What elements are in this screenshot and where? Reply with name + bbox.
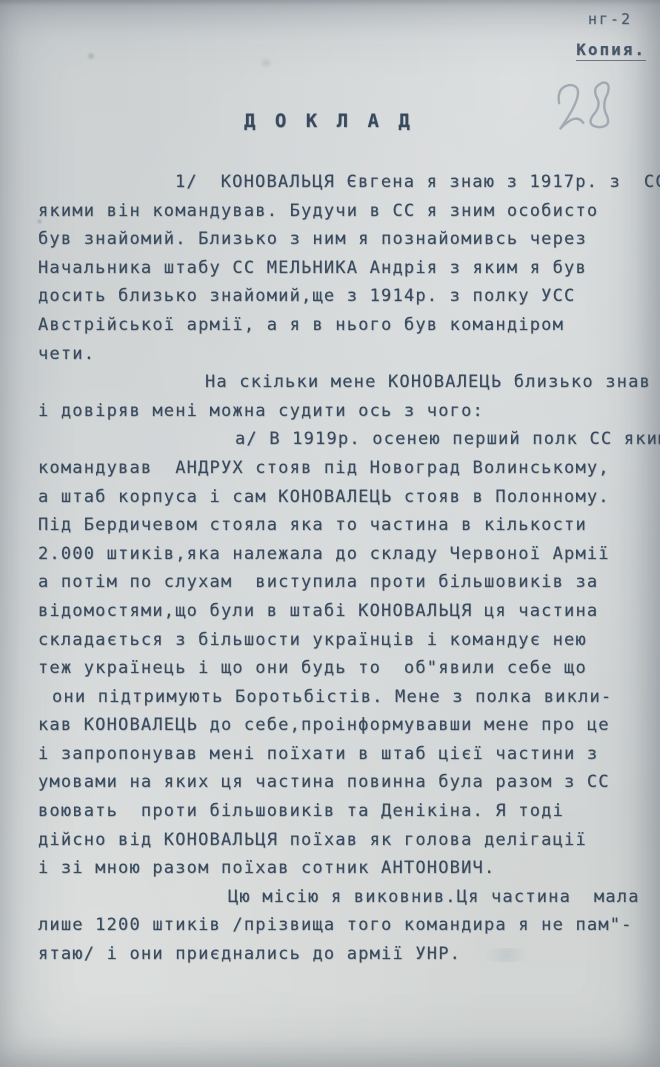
scanned-document-page: нг-2 Копия. Д О К Л А Д 1/ КОНОВАЛЬЦЯ Єв… [0,0,660,1067]
text-line: Начальника штабу СС МЕЛЬНИКА Андрія з як… [38,254,646,283]
text-line: досить близько знайомий,ще з 1914р. з по… [38,282,646,311]
text-line: дійсно від КОНОВАЛЬЦЯ поїхав як голова д… [38,826,646,855]
text-line: відомостями,що були в штабі КОНОВАЛЬЦЯ ц… [38,597,646,626]
text-line: они підтримують Боротьбістів. Мене з пол… [38,683,646,712]
text-line: складається з більшости українців і кома… [38,626,646,655]
text-line: 1/ КОНОВАЛЬЦЯ Євгена я знаю з 1917р. з С… [38,168,646,197]
text-line: був знайомий. Близько з ним я познайомив… [38,225,646,254]
handwritten-28-strokes [544,68,635,148]
text-line: умовами на яких ця частина повинна була … [38,768,646,797]
text-line: лише 1200 штиків /прізвища того командир… [38,911,646,940]
copy-stamp-label: Копия. [576,40,646,61]
text-line: Цю місію я виковнив.Ця частина мала [38,883,646,912]
document-title: Д О К Л А Д [244,110,414,132]
text-line: ятаю/ і они приєднались до армії УНР. [38,940,646,969]
paper-smudge [86,52,96,60]
document-body: 1/ КОНОВАЛЬЦЯ Євгена я знаю з 1917р. з С… [38,168,646,969]
text-line: і запропонував мені поїхати в штаб цієї … [38,740,646,769]
text-line: а/ В 1919р. осенею перший полк СС яким [38,425,646,454]
document-code-label: нг-2 [588,10,632,28]
text-line: теж українець і що они будь то об"явили … [38,654,646,683]
text-line: Під Бердичевом стояла яка то частина в к… [38,511,646,540]
text-line: а потім по слухам виступила проти більшо… [38,568,646,597]
text-line: якими він командував. Будучи в СС я зним… [38,197,646,226]
text-line: 2.000 штиків,яка належала до складу Черв… [38,540,646,569]
text-line: і зі мною разом поїхав сотник АНТОНОВИЧ. [38,854,646,883]
text-line: кав КОНОВАЛЕЦЬ до себе,проінформувавши м… [38,711,646,740]
text-line: чети. [38,340,646,369]
text-line: Австрійської армії, а я в нього був кома… [38,311,646,340]
text-line: На скільки мене КОНОВАЛЕЦЬ близько знав [38,368,646,397]
paper-smudge [258,58,274,68]
text-line: і довіряв мені можна судити ось з чого: [38,397,646,426]
text-line: командував АНДРУХ стояв під Новоград Вол… [38,454,646,483]
handwritten-page-number [544,68,635,152]
text-line: а штаб корпуса і сам КОНОВАЛЕЦЬ стояв в … [38,483,646,512]
text-line: воювать проти більшовиків та Денікіна. Я… [38,797,646,826]
